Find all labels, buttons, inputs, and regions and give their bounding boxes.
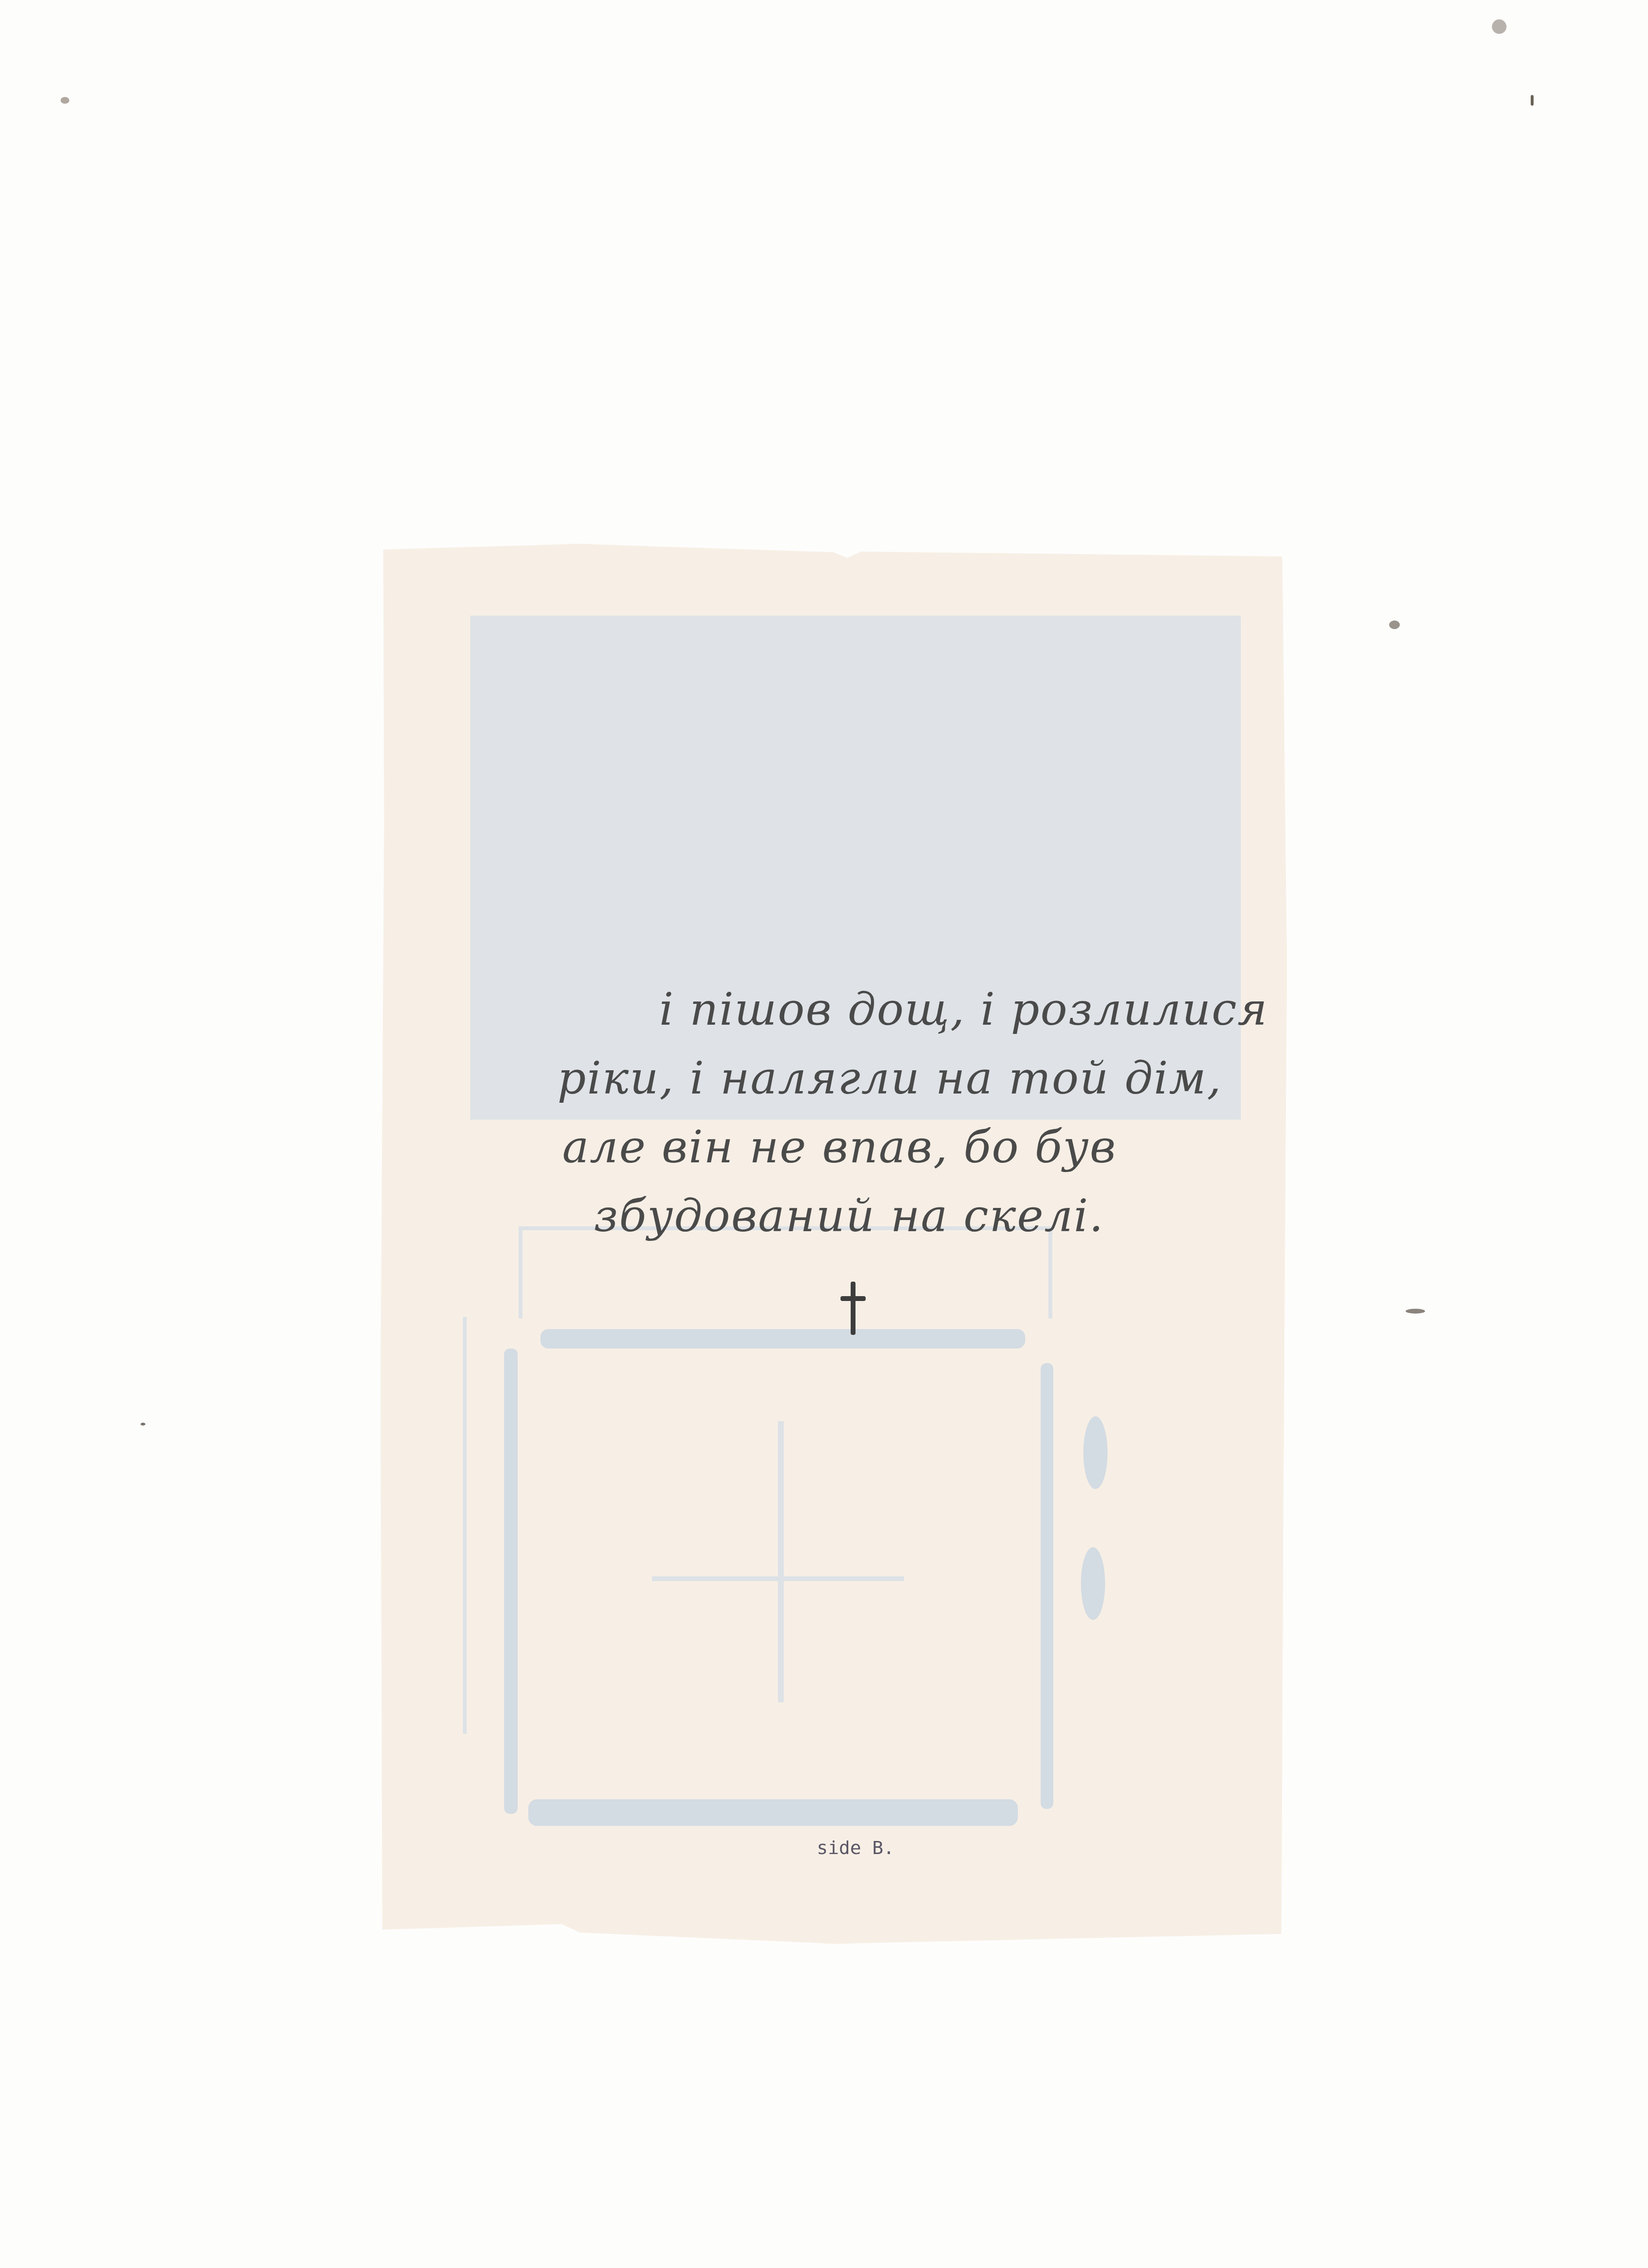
dust-speck — [61, 97, 69, 104]
bleed-through-frame-left — [504, 1348, 518, 1814]
verse-line-3: але він не впав, бо був — [557, 1113, 1236, 1182]
bleed-through-inner-horizontal — [652, 1576, 904, 1581]
paper-card: і пішов дощ, і розлилися ріки, і налягли… — [380, 544, 1287, 1944]
dust-speck — [1389, 620, 1400, 629]
bleed-through-frame-left-thin — [519, 1226, 523, 1318]
bleed-through-outer-left — [463, 1317, 467, 1734]
dust-speck — [1531, 95, 1534, 106]
bleed-through-oval-upper — [1083, 1416, 1108, 1489]
dust-speck — [1492, 19, 1506, 34]
bleed-through-oval-lower — [1081, 1547, 1105, 1620]
bleed-through-inner-vertical — [778, 1421, 784, 1702]
bleed-through-frame-top — [540, 1329, 1025, 1348]
verse-line-4: збудований на скелі. — [557, 1182, 1236, 1251]
cross-icon — [839, 1282, 868, 1335]
verse-line-1: і пішов дощ, і розлилися — [557, 975, 1236, 1044]
dust-speck — [141, 1423, 145, 1426]
verse-line-2: ріки, і налягли на той дім, — [557, 1044, 1236, 1113]
bleed-through-frame-right — [1041, 1363, 1053, 1809]
bleed-through-frame-bottom — [528, 1799, 1018, 1826]
side-label: side B. — [817, 1837, 865, 1858]
handwritten-verse: і пішов дощ, і розлилися ріки, і налягли… — [557, 975, 1236, 1251]
dust-speck — [1406, 1309, 1425, 1314]
